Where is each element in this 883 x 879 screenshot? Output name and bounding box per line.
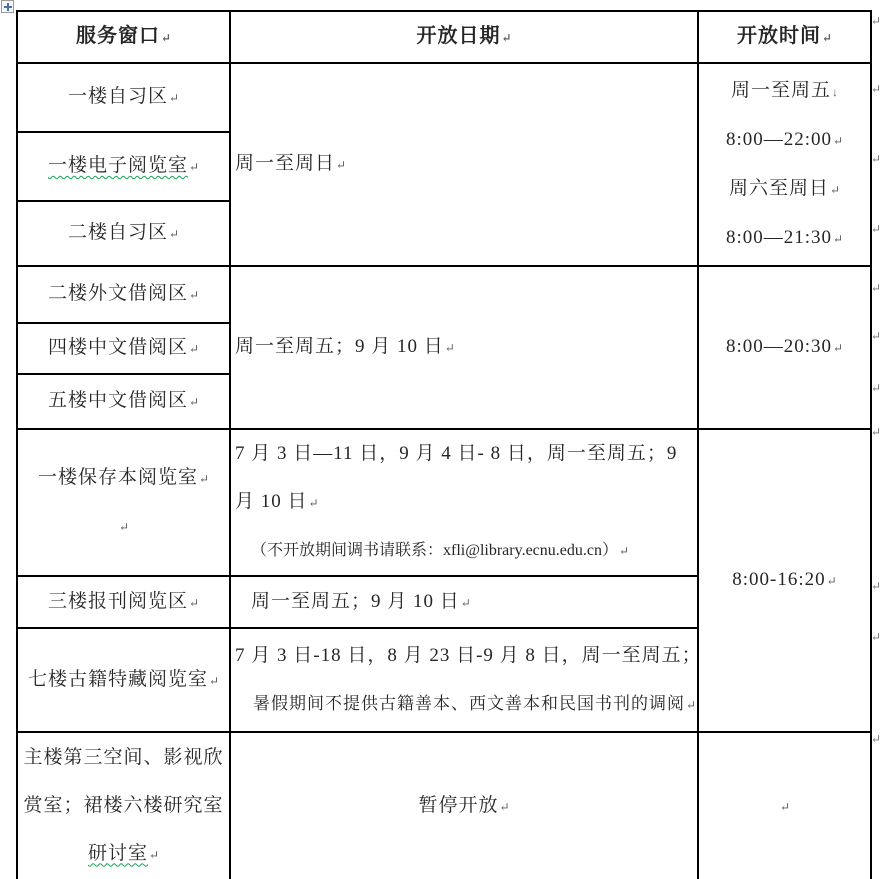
date-label: 周一至周五；9 月 10 日 xyxy=(235,336,444,357)
time-label: 8:00-16:20 xyxy=(732,569,825,590)
row-end-mark: ↵ xyxy=(871,282,881,294)
row-end-mark: ↵ xyxy=(871,15,881,27)
paragraph-mark: ↵ xyxy=(686,698,696,712)
row-end-mark: ↵ xyxy=(871,580,881,592)
date-cell-section1[interactable]: 周一至周日↵ xyxy=(230,63,698,266)
date-cell-section2[interactable]: 周一至周五；9 月 10 日↵ xyxy=(230,266,698,429)
table-row: 一楼自习区↵ 周一至周日↵ 周一至周五↓ 8:00—22:00↵ 周六至周日↵ … xyxy=(17,63,871,132)
paragraph-mark: ↵ xyxy=(189,160,199,174)
date-cell-preservation[interactable]: 7 月 3 日—11 日，9 月 4 日- 8 日，周一至周五；9 月 10 日… xyxy=(230,429,698,576)
date-cell-rare-books[interactable]: 7 月 3 日-18 日，8 月 23 日-9 月 8 日，周一至周五； 暑假期… xyxy=(230,628,698,732)
empty-paragraph-mark: ↵ xyxy=(780,800,790,814)
line-break-mark: ↓ xyxy=(832,85,838,99)
row-end-mark: ↵ xyxy=(871,733,881,745)
time-cell-empty[interactable]: ↵ xyxy=(698,732,871,879)
time-line: 周六至周日↵ xyxy=(699,165,870,214)
room-label: 一楼自习区 xyxy=(68,86,168,107)
room-label: 七楼古籍特藏阅览室 xyxy=(28,669,208,690)
time-cell-section3[interactable]: 8:00-16:20↵ xyxy=(698,429,871,732)
paragraph-mark: ↵ xyxy=(336,158,346,172)
header-times-label: 开放时间 xyxy=(737,25,821,47)
row-end-mark: ↵ xyxy=(871,223,881,235)
room-cell-1f-preservation-room[interactable]: 一楼保存本阅览室↵ ↵ xyxy=(17,429,230,576)
paragraph-mark: ↵ xyxy=(830,183,840,197)
room-cell-closed-spaces[interactable]: 主楼第三空间、影视欣赏室；裙楼六楼研究室研讨室↵ xyxy=(17,732,230,879)
paragraph-mark: ↵ xyxy=(189,342,199,356)
date-note-text: （不开放期间调书请联系：xfli@library.ecnu.edu.cn）↵ xyxy=(235,527,693,575)
room-label: 三楼报刊阅览区 xyxy=(48,591,188,612)
paragraph-mark: ↵ xyxy=(445,341,455,355)
library-hours-table: 服务窗口↵ 开放日期↵ 开放时间↵ 一楼自习区↵ 周一至周日↵ 周一至周五↓ 8… xyxy=(16,10,872,879)
paragraph-mark: ↵ xyxy=(209,674,219,688)
header-services-label: 服务窗口 xyxy=(76,25,160,47)
header-times-cell[interactable]: 开放时间↵ xyxy=(698,11,871,63)
date-label: 周一至周五；9 月 10 日 xyxy=(251,591,460,612)
paragraph-mark: ↵ xyxy=(169,91,179,105)
room-label: 五楼中文借阅区 xyxy=(48,390,188,411)
room-label: 一楼保存本阅览室 xyxy=(38,467,198,488)
paragraph-mark: ↵ xyxy=(189,596,199,610)
date-main-text: 7 月 3 日—11 日，9 月 4 日- 8 日，周一至周五；9 月 10 日… xyxy=(235,430,693,527)
row-end-mark: ↵ xyxy=(871,153,881,165)
paragraph-mark: ↵ xyxy=(149,848,159,862)
paragraph-mark: ↵ xyxy=(189,395,199,409)
time-line: 周一至周五↓ xyxy=(699,67,870,116)
paragraph-mark: ↵ xyxy=(169,227,179,241)
paragraph-mark: ↵ xyxy=(309,496,319,510)
time-cell-section2[interactable]: 8:00—20:30↵ xyxy=(698,266,871,429)
room-label: 主楼第三空间、影视欣赏室；裙楼六楼研究室 xyxy=(23,747,223,816)
table-move-handle-icon[interactable] xyxy=(1,0,14,13)
room-label: 一楼电子阅览室 xyxy=(48,155,188,176)
header-services-cell[interactable]: 服务窗口↵ xyxy=(17,11,230,63)
paragraph-mark: ↵ xyxy=(619,544,629,558)
header-dates-label: 开放日期 xyxy=(416,25,500,47)
room-label: 二楼外文借阅区 xyxy=(48,283,188,304)
paragraph-mark: ↵ xyxy=(833,134,843,148)
paragraph-mark: ↵ xyxy=(833,232,843,246)
empty-paragraph-mark: ↵ xyxy=(19,503,229,551)
room-cell-2f-foreign-books[interactable]: 二楼外文借阅区↵ xyxy=(17,266,230,323)
paragraph-mark: ↵ xyxy=(822,31,832,45)
paragraph-mark: ↵ xyxy=(199,472,209,486)
room-label: 四楼中文借阅区 xyxy=(48,337,188,358)
row-end-mark: ↵ xyxy=(871,631,881,643)
row-end-mark: ↵ xyxy=(871,426,881,438)
date-cell-suspended[interactable]: 暂停开放↵ xyxy=(230,732,698,879)
date-note-text: 暑假期间不提供古籍善本、西文善本和民国书刊的调阅↵ xyxy=(235,680,693,729)
room-cell-4f-chinese-books[interactable]: 四楼中文借阅区↵ xyxy=(17,323,230,374)
room-cell-7f-rare-books[interactable]: 七楼古籍特藏阅览室↵ xyxy=(17,628,230,732)
room-cell-1f-study-area[interactable]: 一楼自习区↵ xyxy=(17,63,230,132)
header-row: 服务窗口↵ 开放日期↵ 开放时间↵ xyxy=(17,11,871,63)
time-label: 8:00—20:30 xyxy=(726,336,832,357)
row-end-mark: ↵ xyxy=(871,382,881,394)
move-cross-icon xyxy=(4,6,12,8)
room-cell-3f-periodicals[interactable]: 三楼报刊阅览区↵ xyxy=(17,576,230,628)
date-cell-periodicals[interactable]: 周一至周五；9 月 10 日↵ xyxy=(230,576,698,628)
paragraph-mark: ↵ xyxy=(499,800,509,814)
paragraph-mark: ↵ xyxy=(161,31,171,45)
paragraph-mark: ↵ xyxy=(501,31,511,45)
date-label: 周一至周日 xyxy=(235,153,335,174)
paragraph-mark: ↵ xyxy=(827,574,837,588)
time-cell-section1[interactable]: 周一至周五↓ 8:00—22:00↵ 周六至周日↵ 8:00—21:30↵ xyxy=(698,63,871,266)
paragraph-mark: ↵ xyxy=(461,596,471,610)
table-row: 主楼第三空间、影视欣赏室；裙楼六楼研究室研讨室↵ 暂停开放↵ ↵ xyxy=(17,732,871,879)
room-cell-1f-ereading-room[interactable]: 一楼电子阅览室↵ xyxy=(17,132,230,201)
room-label-flagged: 研讨室 xyxy=(88,843,148,864)
paragraph-mark: ↵ xyxy=(833,341,843,355)
time-line: 8:00—21:30↵ xyxy=(699,214,870,263)
row-end-mark: ↵ xyxy=(871,330,881,342)
suspended-label: 暂停开放 xyxy=(418,795,498,816)
table-row: 二楼外文借阅区↵ 周一至周五；9 月 10 日↵ 8:00—20:30↵ xyxy=(17,266,871,323)
row-end-mark: ↵ xyxy=(871,83,881,95)
room-label: 二楼自习区 xyxy=(68,222,168,243)
paragraph-mark: ↵ xyxy=(189,288,199,302)
date-main-text: 7 月 3 日-18 日，8 月 23 日-9 月 8 日，周一至周五； xyxy=(235,632,693,680)
room-cell-2f-study-area[interactable]: 二楼自习区↵ xyxy=(17,201,230,266)
table-row: 一楼保存本阅览室↵ ↵ 7 月 3 日—11 日，9 月 4 日- 8 日，周一… xyxy=(17,429,871,576)
header-dates-cell[interactable]: 开放日期↵ xyxy=(230,11,698,63)
time-line: 8:00—22:00↵ xyxy=(699,116,870,165)
room-cell-5f-chinese-books[interactable]: 五楼中文借阅区↵ xyxy=(17,374,230,429)
